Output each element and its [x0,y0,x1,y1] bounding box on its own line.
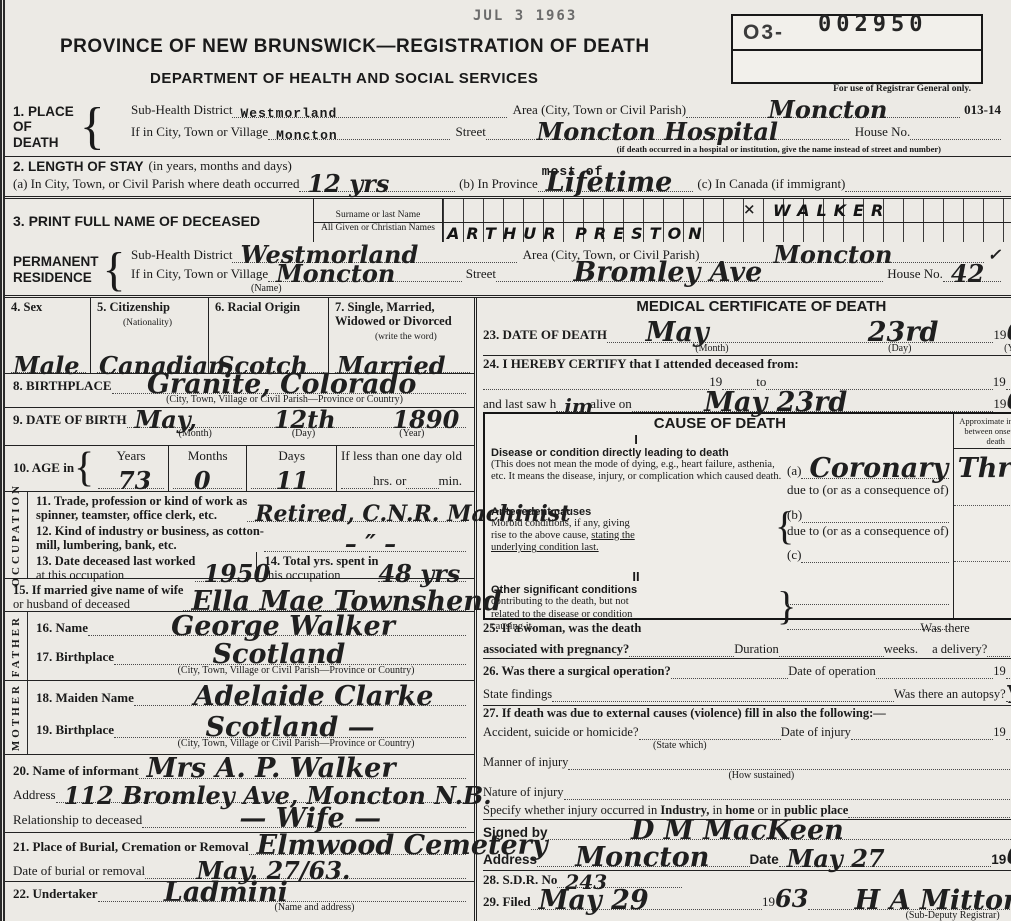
signed-date-value: May 27 [787,848,885,870]
mother-vertical-label: MOTHER [5,681,28,754]
certify-19b: 19 [993,374,1006,390]
dob-day: 12th [274,409,336,431]
name-type-box: Surname or last Name All Given or Christ… [313,199,443,242]
age-label: 10. AGE in [13,460,74,476]
interval-column: Approximate interval between onset and d… [953,414,1011,618]
interval-seg-b [954,506,1011,562]
cause-a-label: (a) [787,463,801,479]
father-birthplace-value: Scotland [213,643,346,667]
injury-year-field [1006,722,1011,740]
external-causes-label: 27. If death was due to external causes … [483,706,886,721]
stay-province-value: Lifetime [546,171,673,195]
village-field: Moncton [268,122,449,140]
stay-city-field: 12 yrs [299,174,455,192]
registrar-signature-field: H A Mitton [808,892,1011,910]
father-birthplace-label: 17. Birthplace [36,649,114,665]
birthplace-value: Granite, Colorado [147,373,417,397]
section-date-of-death: 23. DATE OF DEATH May 23rd 19 63 (Month)… [483,321,1011,356]
street-field: Moncton Hospital [486,122,849,140]
pr-street-field: Bromley Ave [496,264,883,282]
pr-house-field: 42 [943,264,1001,282]
age-days-value: 11 [276,470,309,492]
section-certify: 24. I HEREBY CERTIFY that I attended dec… [483,356,1011,411]
burial-date-label: Date of burial or removal [13,863,145,879]
mother-birthplace-label: 19. Birthplace [36,722,114,738]
findings-label: State findings [483,687,552,702]
age-min-field [406,471,438,489]
main-columns: 4. Sex Male 5. Citizenship(Nationality) … [5,298,1011,921]
dod-day-field: 23rd [800,325,993,343]
form-title: PROVINCE OF NEW BRUNSWICK—REGISTRATION O… [60,36,650,58]
dob-month: May, [135,409,197,431]
brace-glyph: { [74,447,94,489]
spouse-label2: or husband of deceased [13,597,130,611]
industry-label: 12. Kind of industry or business, as cot… [36,524,264,552]
age-years-value: 73 [118,470,151,492]
age-days-field: 11 [251,468,332,489]
form-subtitle: DEPARTMENT OF HEALTH AND SOCIAL SERVICES [150,70,538,87]
dod-year-sub: (Year) [994,343,1011,354]
specify-field [848,801,1011,819]
trade-label: 11. Trade, profession or kind of work as… [36,494,247,522]
cause-a-value: Coronary Thrombosis [809,457,1011,481]
sex-label: 4. Sex [11,301,86,315]
brace-glyph: { [80,101,105,153]
area-value: Moncton [768,99,887,121]
form-header: JUL 3 1963 PROVINCE OF NEW BRUNSWICK—REG… [5,0,1011,96]
section-age: 10. AGE in { Years 73 Months 0 Days 11 I… [5,446,474,492]
spouse-label: 15. If married give name of wifeor husba… [13,583,183,611]
operation-label: 26. Was there a surgical operation? [483,664,671,679]
mother-birthplace-field: Scotland — [114,720,466,738]
permanent-residence-label: PERMANENT RESIDENCE [13,254,99,285]
pregnancy-field [629,639,734,657]
total-years-value: 48 yrs [378,563,460,585]
informant-label: 20. Name of informant [13,763,139,779]
total-years-field: 48 yrs [378,564,466,582]
brace-glyph: { [775,506,794,546]
father-birthplace-field: Scotland [114,647,466,665]
section-external-causes: 27. If death was due to external causes … [483,706,1011,820]
section-mother: MOTHER 18. Maiden Name Adelaide Clarke 1… [5,681,474,755]
father-birthplace-row: 17. Birthplace Scotland (City, Town, Vil… [28,645,474,676]
dod-19: 19 [993,327,1006,343]
name-grid: × WALKER ARTHUR PRESTON [443,199,1011,242]
right-column: MEDICAL CERTIFICATE OF DEATH 23. DATE OF… [477,298,1011,921]
signed-year: 63 [1006,845,1011,867]
due-to-a: due to (or as a consequence of) [787,482,949,498]
area-field: Moncton [686,100,960,118]
pr-house-value: 42 [951,263,984,285]
stay-city-value: 12 yrs [307,173,389,195]
given-names-label: All Given or Christian Names [314,223,442,233]
birthplace-field: Granite, Colorado [112,376,466,394]
cause-a-field: Coronary Thrombosis [801,461,948,479]
trade-row: 11. Trade, profession or kind of work as… [28,492,474,522]
section-length-of-stay: 2. LENGTH OF STAY (in years, months and … [5,156,1011,196]
last-saw-mid: alive on [590,396,632,412]
signature-field: D M MacKeen [548,822,1011,840]
racial-origin-label: 6. Racial Origin [215,301,324,315]
pregnancy-duration-label: Duration [734,642,778,657]
mother-birthplace-value: Scotland — [206,716,375,740]
antecedent-l3u: underlying condition last. [491,542,599,553]
surname-label: Surname or last Name [314,208,442,223]
cause-roman-1: I [491,432,781,447]
surname-value: WALKER [773,201,890,220]
filed-date-field: May 29 [531,892,762,910]
filed-date-value: May 29 [539,889,649,913]
last-worked-field: 1950 [195,564,247,582]
informant-relationship-label: Relationship to deceased [13,812,142,828]
physician-signature: D M MacKeen [631,819,844,843]
filed-19: 19 [762,894,775,910]
last-saw-pre: and last saw h [483,396,556,412]
age-hrs-field [341,471,373,489]
surname-mark: × [743,203,756,217]
section-undertaker: 22. Undertaker Ladmini (Name and address… [5,882,474,921]
length-of-stay-title: 2. LENGTH OF STAY [13,159,144,174]
stay-canada-label: (c) In Canada (if immigrant) [697,176,845,192]
dod-year: 63 [1006,321,1011,343]
sub-health-district-value: Westmorland [240,106,337,121]
mother-maiden-field: Adelaide Clarke [134,689,466,707]
last-saw-him-field: im [556,394,590,412]
house-no-label: House No. [855,124,911,140]
injury-date-label: Date of injury [781,725,851,740]
trade-label2: spinner, teamster, office clerk, etc. [36,508,217,522]
nature-field [564,782,1011,800]
father-name-field: George Walker [88,619,466,637]
interval-seg-c [954,562,1011,617]
section-burial: 21. Place of Burial, Cremation or Remova… [5,833,474,883]
sex-field: Male [11,348,86,373]
pr-street-label: Street [466,266,496,282]
filed-label: 29. Filed [483,894,531,910]
birthplace-label: 8. BIRTHPLACE [13,378,112,394]
section-operation: 26. Was there a surgical operation? Date… [483,659,1011,706]
marital-label2: Widowed or Divorced [335,314,452,328]
injury-19: 19 [993,725,1006,740]
autopsy-label: Was there an autopsy? [894,687,1006,702]
industry-field: – ″ – [264,534,466,552]
other-l2: related to the disease or condition [491,609,632,620]
registration-number-stamp: 002950 [818,12,927,37]
father-vertical-label: FATHER [5,612,28,679]
delivery-field [987,639,1011,657]
registrar-general-note: For use of Registrar General only. [833,84,971,94]
burial-place-value: Elmwood Cemetery [257,834,548,858]
operation-field [671,662,789,680]
operation-date-label: Date of operation [788,664,875,679]
antecedent-l2: rise to the above cause, [491,530,591,541]
burial-place-field: Elmwood Cemetery [249,837,466,855]
last-saw-him: im [564,397,593,415]
father-name-row: 16. Name George Walker [28,617,474,637]
due-to-b: due to (or as a consequence of) [787,523,949,539]
autopsy-value: Yes [1006,684,1011,706]
other-conditions-field1 [787,588,949,605]
dob-day-field: 12th [240,410,353,428]
mother-maiden-label: 18. Maiden Name [36,690,134,706]
citizenship-label: 5. Citizenship(Nationality) [97,301,204,329]
dob-year-field: 1890 [353,410,466,428]
age-years-field: 73 [98,468,164,489]
operation-year-field [1006,662,1011,680]
accident-label: Accident, suicide or homicide? [483,725,639,740]
left-column: 4. Sex Male 5. Citizenship(Nationality) … [5,298,477,921]
informant-field: Mrs A. P. Walker [139,761,466,779]
last-saw-date-field: May 23rd [632,394,994,412]
signed-date-field: May 27 [779,849,992,867]
signed-19: 19 [991,852,1006,867]
certify-from-field [483,372,709,390]
burial-date-field: May. 27/63. [145,861,466,879]
last-worked-value: 1950 [203,563,270,585]
pregnancy-weeks: weeks. [884,642,918,657]
dod-day: 23rd [868,321,939,345]
section-full-name: 3. PRINT FULL NAME OF DECEASED Surname o… [5,196,1011,242]
other-conditions-head: Other significant conditions [491,584,783,596]
accident-field [639,722,781,740]
section-date-of-birth: 9. DATE OF BIRTH May, 12th 1890 (Month) … [5,408,474,446]
section-occupation: OCCUPATION 11. Trade, profession or kind… [5,492,474,579]
informant-value: Mrs A. P. Walker [147,757,396,781]
pr-area-value: Moncton [773,244,892,266]
marital-sub: (write the word) [375,332,437,342]
death-registration-form: JUL 3 1963 PROVINCE OF NEW BRUNSWICK—REG… [0,0,1011,921]
physician-address-field: Moncton [537,849,750,867]
other-conditions-field2 [787,613,949,630]
trade-value: Retired, C.N.R. Machinist [255,505,570,525]
age-less-than-day-header: If less than one day old [341,448,462,464]
signed-date-label: Date [750,852,779,867]
burial-place-label: 21. Place of Burial, Cremation or Remova… [13,839,249,855]
stay-canada-field [845,174,1001,192]
mother-maiden-value: Adelaide Clarke [194,685,434,709]
state-which-sub: (State which) [653,740,1011,751]
physician-address-value: Moncton [575,846,709,870]
age-hrs-label: hrs. or [373,473,406,489]
house-no-field [910,122,1001,140]
findings-field [552,685,894,703]
pr-area-checkmark: ✓ [988,248,1001,262]
mother-birthplace-row: 19. Birthplace Scotland — (City, Town, V… [28,718,474,749]
pregnancy-l1: 25. If a woman, was the death [483,621,641,636]
sub-health-district-field: Westmorland [232,100,506,118]
dod-month-field: May [607,325,800,343]
last-saw-year: 63 [1006,390,1011,412]
section-father: FATHER 16. Name George Walker 17. Birthp… [5,612,474,680]
nature-label: Nature of injury [483,785,564,800]
registration-prefix: O3- [743,21,784,45]
length-of-stay-subtitle: (in years, months and days) [149,158,292,174]
mother-maiden-row: 18. Maiden Name Adelaide Clarke [28,687,474,707]
cause-c-label: (c) [787,547,801,563]
pr-district-label: Sub-Health District [131,247,232,263]
pr-house-label: House No. [887,266,943,282]
industry-value: – ″ – [345,533,396,555]
age-min-label: min. [439,473,462,489]
age-days-header: Days [251,448,332,464]
full-name-title: 3. PRINT FULL NAME OF DECEASED [13,213,260,229]
section-informant: 20. Name of informant Mrs A. P. Walker A… [5,755,474,832]
date-of-death-label: 23. DATE OF DEATH [483,327,607,343]
dob-month-field: May, [127,410,240,428]
place-of-death-label: 1. PLACE OF DEATH [13,104,74,151]
dod-month: May [646,321,709,345]
autopsy-field: Yes [1006,685,1011,703]
cause-b-field [802,506,949,524]
stay-province-field: most of Lifetime [538,174,694,192]
sex-value: Male [13,355,80,377]
injury-date-field [851,722,993,740]
last-worked-label: 13. Date deceased last workedat this occ… [36,554,195,582]
certify-label: 24. I HEREBY CERTIFY that I attended dec… [483,356,799,372]
section-signature: Signed by D M MacKeen M.D. Address Monct… [483,820,1011,871]
disease-paren: (This does not mean the mode of dying, e… [491,459,783,484]
filed-year: 63 [775,888,808,910]
pregnancy-l2: associated with pregnancy? [483,642,629,657]
dob-label: 9. DATE OF BIRTH [13,412,127,428]
registrar-number-box: O3- 002950 [731,14,983,84]
father-name-label: 16. Name [36,620,88,636]
father-name-value: George Walker [171,615,395,639]
marital-label: 7. Single, Married,Widowed or Divorced(w… [335,301,470,342]
street-value: Moncton Hospital [537,121,778,143]
stay-city-label: (a) In City, Town, or Civil Parish where… [13,176,299,192]
how-sustained-sub: (How sustained) [483,770,1011,781]
village-label: If in City, Town or Village [131,124,268,140]
trade-field: Retired, C.N.R. Machinist [247,504,466,522]
antecedent-l2u: stating the [591,530,634,541]
received-date-stamp: JUL 3 1963 [473,8,577,24]
street-label: Street [456,124,486,140]
pregnancy-duration-field [779,639,884,657]
informant-relationship-value: — Wife — [239,807,381,831]
operation-date-field [876,662,994,680]
area-label: Area (City, Town or Civil Parish) [513,102,687,118]
village-value: Moncton [276,128,338,143]
undertaker-field: Ladmini [98,884,467,902]
dob-year: 1890 [392,409,459,431]
spouse-field: Ella Mae Townshend [183,594,466,612]
undertaker-label: 22. Undertaker [13,886,98,902]
informant-address-field: 112 Bromley Ave, Moncton N.B. [56,786,466,804]
cause-roman-2: II [491,569,781,584]
last-worked-row: 13. Date deceased last workedat this occ… [28,552,256,582]
age-months-header: Months [173,448,242,464]
pr-village-value: Moncton [276,263,395,285]
undertaker-value: Ladmini [164,881,288,905]
age-years-header: Years [98,448,164,464]
sub-health-district-label: Sub-Health District [131,102,232,118]
section-place-of-death: 1. PLACE OF DEATH { Sub-Health District … [5,96,1011,156]
district-code: 013-14 [964,102,1001,118]
pr-village-field: Moncton [268,264,462,282]
last-saw-19: 19 [993,396,1006,412]
cause-c-field [801,545,948,563]
industry-label2: mill, lumbering, bank, etc. [36,538,177,552]
stay-province-label: (b) In Province [459,176,538,192]
brace-glyph: { [103,246,126,294]
pregnancy-was2: a delivery? [932,642,987,657]
interval-header: Approximate interval between onset and d… [954,414,1011,450]
section-registrar: 28. S.D.R. No 243 29. Filed May 29 19 63… [483,871,1011,921]
section-sex-citizenship-origin-marital: 4. Sex Male 5. Citizenship(Nationality) … [5,298,474,374]
informant-relationship-field: — Wife — [142,810,466,828]
last-saw-date: May 23rd [704,391,847,415]
citizenship-sub: (Nationality) [123,318,172,328]
operation-19: 19 [993,664,1006,679]
section-permanent-residence: PERMANENT RESIDENCE { Sub-Health Distric… [5,242,1011,298]
manner-label: Manner of injury [483,755,568,770]
pr-street-value: Bromley Ave [573,261,762,285]
occupation-vertical-label: OCCUPATION [5,492,28,578]
certify-to-year-field [1006,372,1011,390]
age-months-value: 0 [194,470,211,492]
manner-field [568,752,1011,770]
age-months-field: 0 [173,468,242,489]
given-names-value: ARTHUR PRESTON [447,224,709,243]
informant-address-label: Address [13,787,56,803]
registrar-signature: H A Mitton [855,889,1011,913]
disease-head: Disease or condition directly leading to… [491,447,783,459]
